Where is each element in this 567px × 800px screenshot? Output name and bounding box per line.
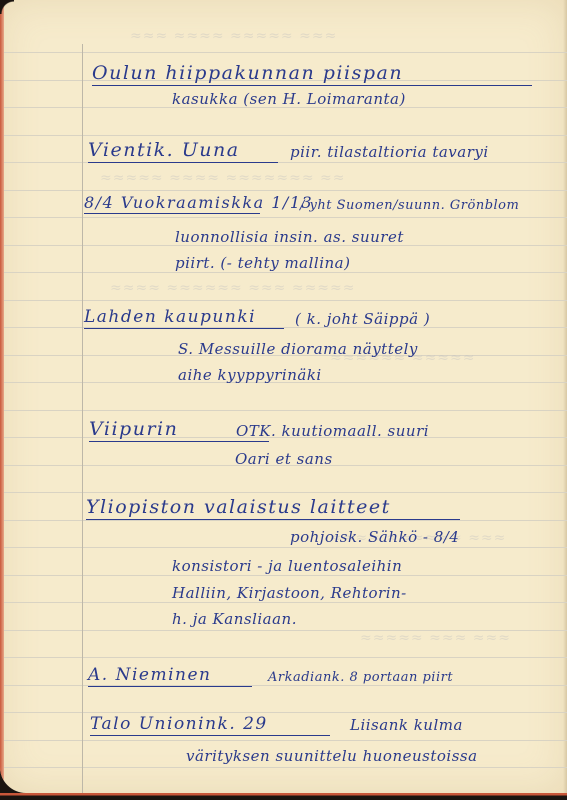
entry-line: piirt. (- tehty mallina) bbox=[175, 254, 350, 272]
ruled-line bbox=[4, 575, 567, 576]
entry-line: luonnollisia insin. as. suuret bbox=[175, 228, 404, 246]
page-bottom-edge bbox=[0, 793, 567, 800]
entry-line: Halliin, Kirjastoon, Rehtorin- bbox=[172, 584, 407, 602]
ruled-line bbox=[4, 135, 567, 136]
page-left-edge bbox=[0, 0, 4, 793]
entry-line: ( k. joht Säippä ) bbox=[295, 310, 430, 328]
entry-line: pohjoisk. Sähkö - 8/4 bbox=[290, 528, 459, 546]
entry-heading: 8/4 Vuokraamiskka 1/13 bbox=[84, 193, 260, 214]
entry-line: piir. tilastaltioria tavaryi bbox=[290, 143, 489, 161]
page-corner bbox=[0, 0, 14, 14]
ruled-line bbox=[4, 520, 567, 521]
entry-line: Liisank kulma bbox=[350, 716, 463, 734]
ruled-line bbox=[4, 492, 567, 493]
entry-heading: Vientik. Uuna bbox=[88, 139, 278, 163]
ruled-line bbox=[4, 52, 567, 53]
ruled-line bbox=[4, 272, 567, 273]
entry-line: OTK. kuutiomaall. suuri bbox=[236, 422, 429, 440]
entry-line: S. Messuille diorama näyttely bbox=[178, 340, 418, 358]
ruled-line bbox=[4, 767, 567, 768]
margin-line bbox=[82, 44, 83, 793]
entry-line: kasukka (sen H. Loimaranta) bbox=[172, 90, 406, 108]
entry-line: / yht Suomen/suunn. Grönblom bbox=[300, 198, 519, 213]
ruled-line bbox=[4, 740, 567, 741]
entry-heading: Yliopiston valaistus laitteet bbox=[86, 496, 460, 520]
notebook-page: ≈≈≈ ≈≈≈≈ ≈≈≈≈≈ ≈≈≈ ≈≈≈≈≈ ≈≈≈≈ ≈≈≈≈≈≈≈ ≈≈… bbox=[0, 0, 567, 793]
entry-line: h. ja Kansliaan. bbox=[172, 610, 297, 628]
ruled-line bbox=[4, 657, 567, 658]
ruled-line bbox=[4, 217, 567, 218]
page-right-edge bbox=[563, 0, 567, 793]
ruled-line bbox=[4, 547, 567, 548]
entry-heading: Oulun hiippakunnan piispan bbox=[92, 62, 532, 86]
ruled-line bbox=[4, 602, 567, 603]
ruled-line bbox=[4, 190, 567, 191]
entry-line: aihe kyyppyrinäki bbox=[178, 366, 322, 384]
ruled-line bbox=[4, 712, 567, 713]
entry-line: värityksen suunittelu huoneustoissa bbox=[186, 747, 478, 765]
entry-heading: Talo Unionink. 29 bbox=[90, 714, 330, 736]
ruled-line bbox=[4, 410, 567, 411]
ruled-line bbox=[4, 300, 567, 301]
entry-heading: A. Nieminen bbox=[88, 665, 252, 687]
entry-heading: Lahden kaupunki bbox=[84, 307, 284, 329]
entry-line: Arkadiank. 8 portaan piirt bbox=[268, 670, 453, 685]
entry-line: Oari et sans bbox=[235, 450, 333, 468]
entry-line: konsistori - ja luentosaleihin bbox=[172, 557, 402, 575]
